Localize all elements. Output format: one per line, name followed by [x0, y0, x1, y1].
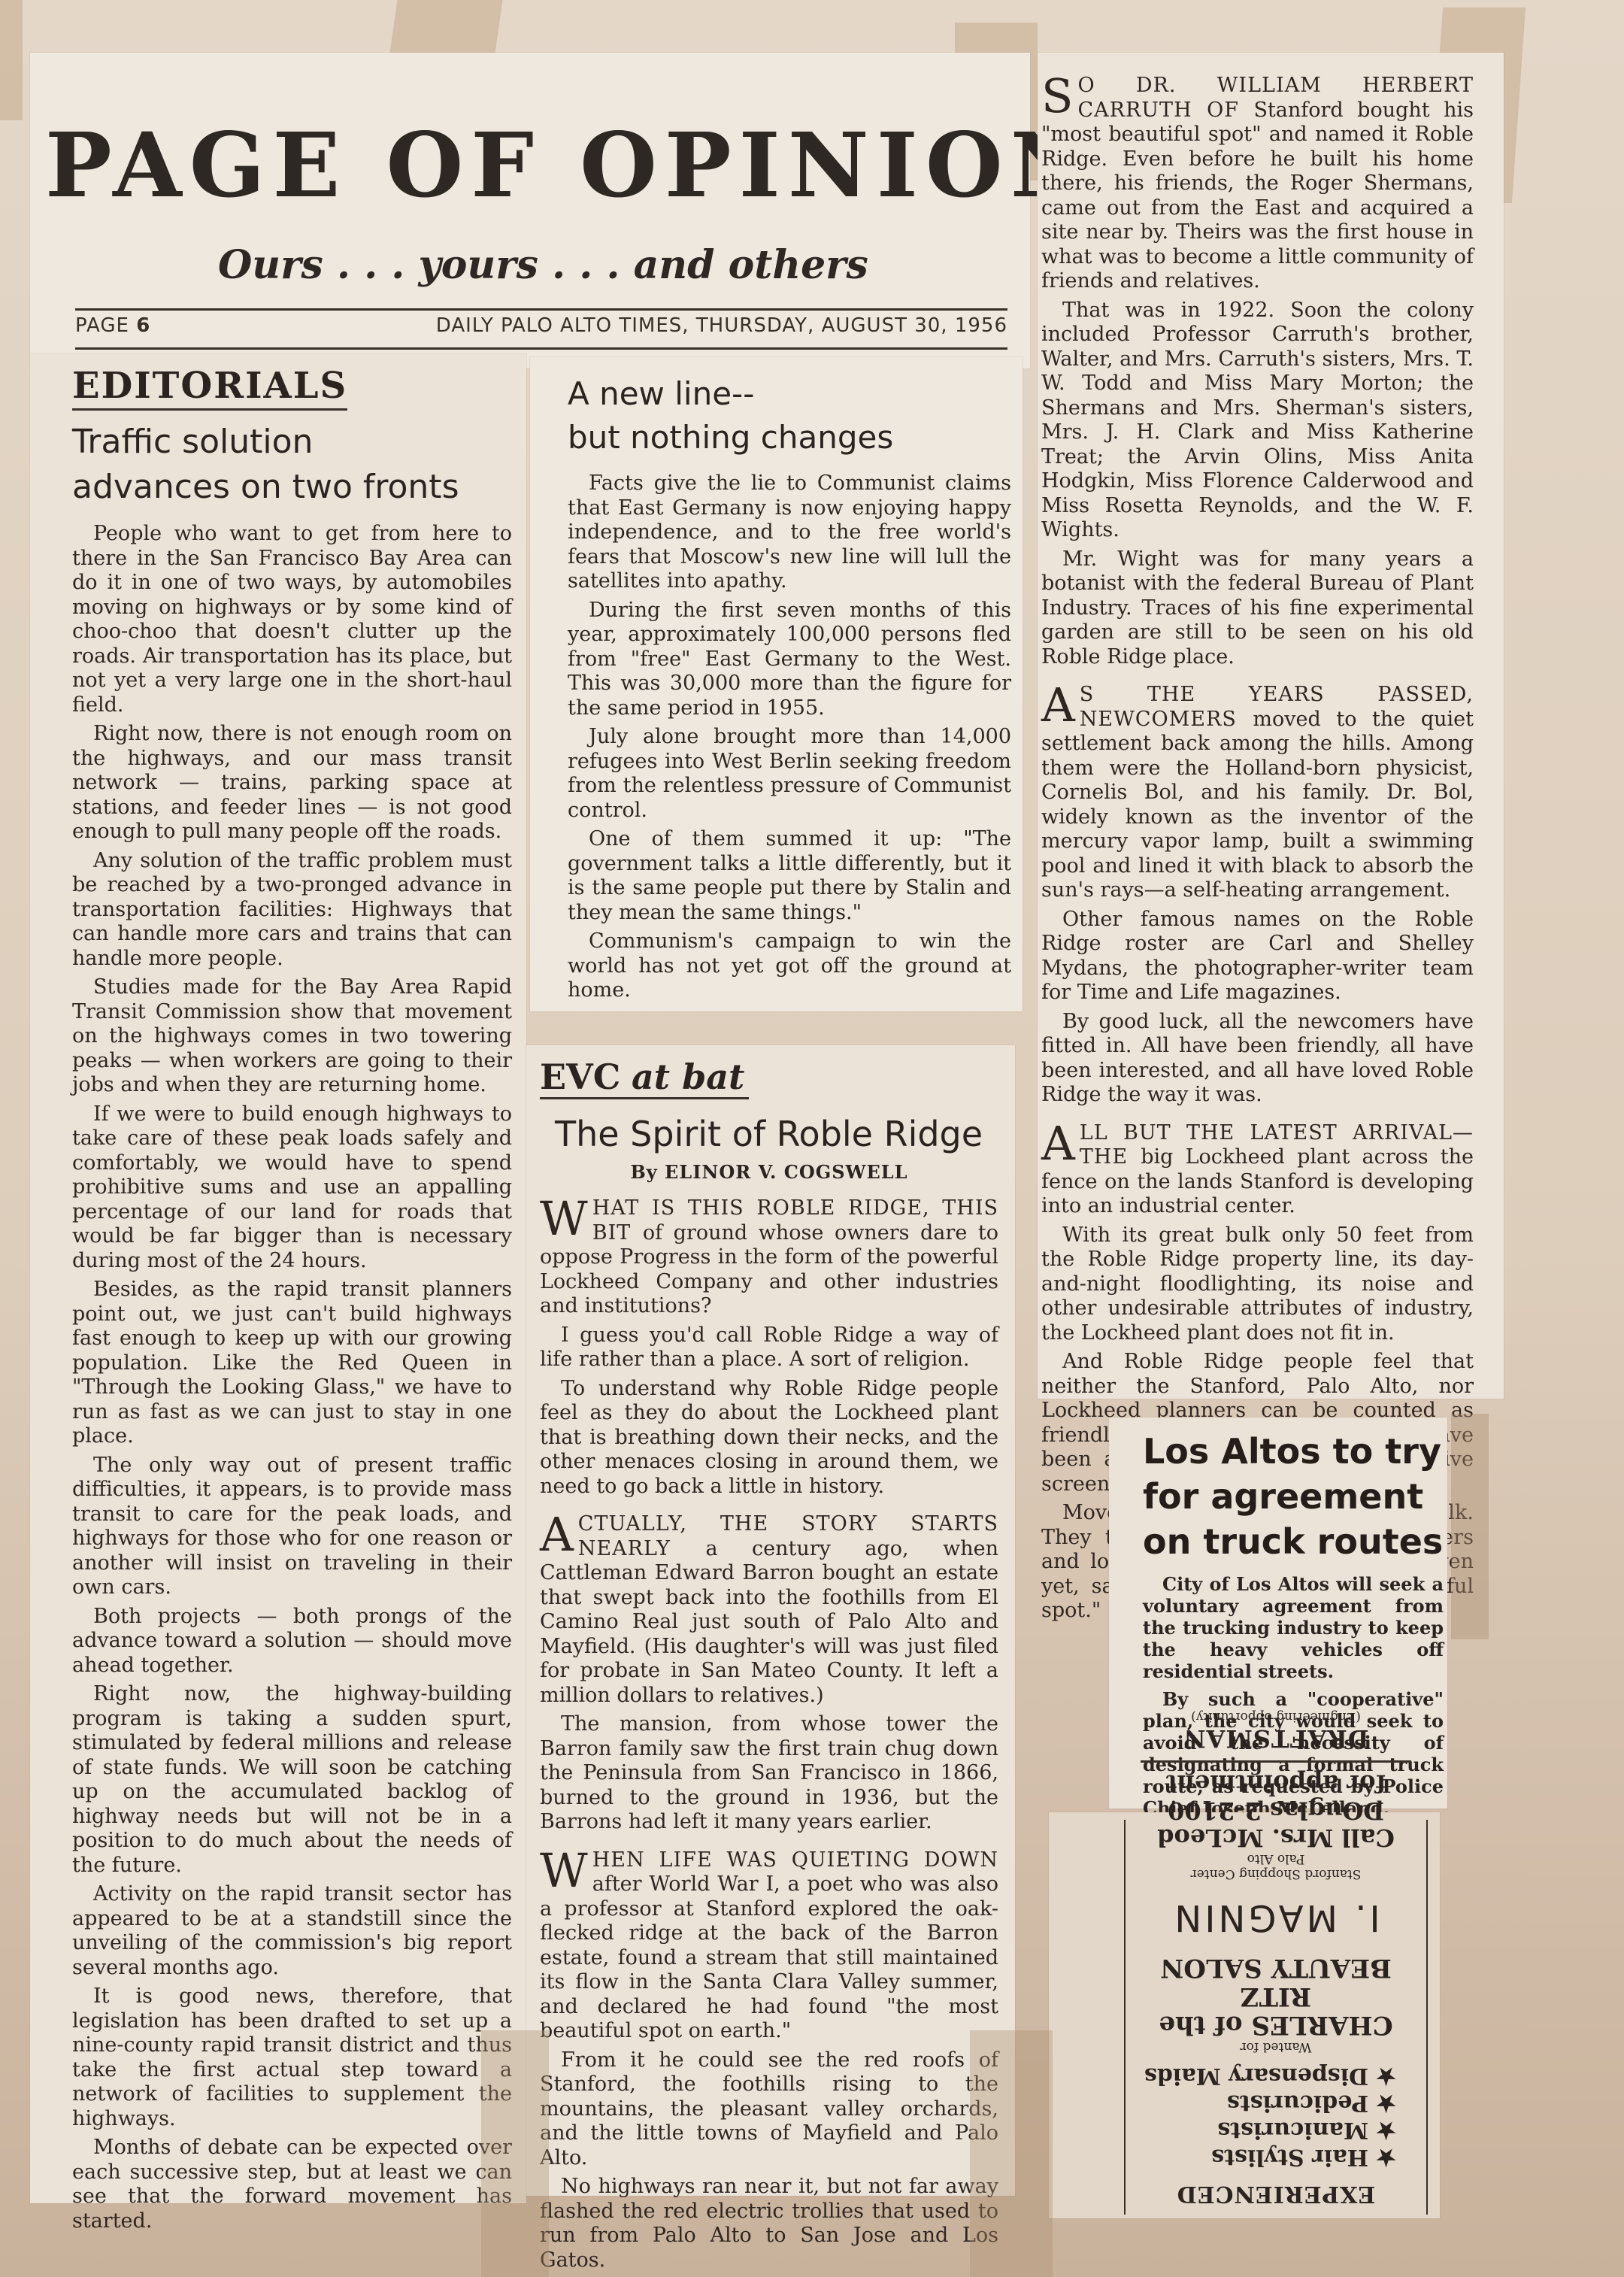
paragraph: Activity on the rapid transit sector has… [72, 1882, 512, 1980]
paragraph: From it he could see the red roofs of St… [540, 2048, 998, 2171]
paragraph: Right now, there is not enough room on t… [72, 722, 512, 844]
paragraph: The mansion, from whose tower the Barron… [540, 1712, 998, 1835]
star-bullet-icon: ★ [1376, 2117, 1396, 2143]
paragraph: Other famous names on the Roble Ridge ro… [1041, 908, 1474, 1005]
paragraph: To understand why Roble Ridge people fee… [540, 1377, 998, 1499]
evc-label: EVC at bat [540, 1057, 749, 1099]
paragraph: Communism's campaign to win the world ha… [568, 929, 1011, 1003]
paragraph: Both projects — both prongs of the advan… [72, 1605, 512, 1678]
ad-position-item: ★Manicurists [1126, 2116, 1396, 2143]
paragraph: If we were to build enough highways to t… [72, 1102, 512, 1274]
drop-cap: S [1041, 75, 1073, 117]
ad-divider [1141, 1760, 1411, 1763]
evc-body-col3: SO DR. WILLIAM HERBERT CARRUTH OF Stanfo… [1041, 74, 1474, 1624]
los-altos-article: Los Altos to try for agreement on truck … [1143, 1429, 1444, 1825]
masthead-rule-top [75, 308, 1007, 311]
ad-location-line1: Stanford Shopping Center [1126, 1866, 1426, 1881]
section-lead-paragraph: SO DR. WILLIAM HERBERT CARRUTH OF Stanfo… [1041, 74, 1474, 294]
paragraph: Mr. Wight was for many years a botanist … [1041, 547, 1474, 670]
ad-position-item: ★Pedicurists [1126, 2089, 1396, 2116]
section-lead-paragraph: WHAT IS THIS ROBLE RIDGE, THIS BIT of gr… [540, 1196, 998, 1319]
paragraph: With its great bulk only 50 feet from th… [1041, 1223, 1474, 1346]
paragraph-text: Stanford bought his "most beautiful spot… [1041, 99, 1474, 293]
page-subtitle: Ours . . . yours . . . and others [218, 242, 868, 288]
byline: By ELINOR V. COGSWELL [540, 1161, 998, 1183]
section-lead-paragraph: ACTUALLY, THE STORY STARTS NEARLY a cent… [540, 1512, 998, 1708]
paragraph: Months of debate can be expected over ea… [72, 2136, 512, 2233]
paragraph: By good luck, all the newcomers have fit… [1041, 1010, 1474, 1108]
drop-cap: A [540, 1514, 574, 1556]
paragraph: Besides, as the rapid transit planners p… [72, 1278, 512, 1449]
traffic-headline: Traffic solution advances on two fronts [72, 420, 512, 510]
drop-cap: A [1041, 1123, 1075, 1165]
tape-strip [1451, 1414, 1489, 1639]
drop-cap: W [540, 1850, 588, 1892]
ad-next-title: DRAFTSMAN [1126, 1724, 1426, 1753]
paragraph: City of Los Altos will seek a voluntary … [1143, 1573, 1444, 1682]
ad-next-sub: (Engineering opportunity) [1126, 1709, 1426, 1724]
paragraph: One of them summed it up: "The governmen… [568, 827, 1011, 925]
evc-body-col2: WHAT IS THIS ROBLE RIDGE, THIS BIT of gr… [540, 1196, 998, 2272]
paragraph-text: moved to the quiet settlement back among… [1041, 708, 1474, 902]
paragraph-text: after World War I, a poet who was also a… [540, 1872, 998, 2042]
classified-ad-upside-down: EXPERIENCED ★Hair Stylists★Manicurists★P… [1124, 1820, 1428, 2215]
page-number: PAGE 6 [75, 314, 150, 337]
ad-wanted-for: Wanted for [1126, 2039, 1426, 2054]
editorial-new-line: A new line-- but nothing changes Facts g… [568, 372, 1011, 1008]
paragraph: Facts give the lie to Communist claims t… [568, 471, 1011, 594]
evc-column: EVC at bat The Spirit of Roble Ridge By … [540, 1057, 998, 2277]
drop-cap: W [540, 1198, 588, 1240]
los-altos-headline: Los Altos to try for agreement on truck … [1143, 1429, 1444, 1564]
star-bullet-icon: ★ [1376, 2063, 1396, 2089]
tape-strip [0, 0, 23, 120]
paragraph-text: a century ago, when Cattleman Edward Bar… [540, 1537, 998, 1707]
paragraph: July alone brought more than 14,000 refu… [568, 725, 1011, 823]
ad-store-name: I. MAGNIN [1126, 1896, 1426, 1939]
paragraph: It is good news, therefore, that legisla… [72, 1984, 512, 2131]
drop-cap: A [1041, 684, 1075, 726]
section-lead-paragraph: ALL BUT THE LATEST ARRIVAL—THE big Lockh… [1041, 1121, 1474, 1219]
ad-salon-line2: BEAUTY SALON [1126, 1954, 1426, 1982]
tape-strip [970, 2030, 1053, 2277]
newline-body: Facts give the lie to Communist claims t… [568, 471, 1011, 1003]
editorial-traffic: EDITORIALS Traffic solution advances on … [72, 365, 512, 2238]
ad-position-item: ★Hair Stylists [1126, 2143, 1396, 2170]
evc-continued: SO DR. WILLIAM HERBERT CARRUTH OF Stanfo… [1041, 60, 1474, 1628]
paragraph: That was in 1922. Soon the colony includ… [1041, 299, 1474, 543]
ad-call-line2: DOuglas 2-2100 [1126, 1797, 1426, 1824]
scrapbook-board: PAGE OF OPINIONS Ours . . . yours . . . … [0, 0, 1624, 2277]
section-lead-paragraph: WHEN LIFE WAS QUIETING DOWN after World … [540, 1848, 998, 2044]
evc-headline: The Spirit of Roble Ridge [555, 1111, 998, 1157]
newline-headline: A new line-- but nothing changes [568, 372, 1011, 459]
star-bullet-icon: ★ [1376, 2144, 1396, 2170]
dateline-bar: PAGE 6 DAILY PALO ALTO TIMES, THURSDAY, … [75, 314, 1007, 337]
section-lead-paragraph: AS THE YEARS PASSED, NEWCOMERS moved to … [1041, 683, 1474, 903]
ad-position-item: ★Dispensary Maids [1126, 2062, 1396, 2089]
lead-in-caps: HEN LIFE WAS QUIETING DOWN [592, 1848, 998, 1872]
masthead-rule-bottom [75, 347, 1007, 350]
tape-strip [481, 2030, 549, 2277]
ad-positions-list: ★Hair Stylists★Manicurists★Pedicurists★D… [1126, 2062, 1396, 2170]
paragraph: People who want to get from here to ther… [72, 522, 512, 717]
page-title: PAGE OF OPINIONS [45, 113, 1000, 217]
paragraph: Any solution of the traffic problem must… [72, 849, 512, 972]
paragraph: Right now, the highway-building program … [72, 1682, 512, 1878]
ad-call-line1: Call Mrs. McLeod [1126, 1824, 1426, 1851]
star-bullet-icon: ★ [1376, 2090, 1396, 2116]
dateline: DAILY PALO ALTO TIMES, THURSDAY, AUGUST … [436, 314, 1007, 337]
paragraph: No highways ran near it, but not far awa… [540, 2175, 998, 2272]
ad-location-line2: Palo Alto [1126, 1851, 1426, 1866]
paragraph: I guess you'd call Roble Ridge a way of … [540, 1323, 998, 1372]
paragraph: Studies made for the Bay Area Rapid Tran… [72, 975, 512, 1098]
paragraph: During the first seven months of this ye… [568, 599, 1011, 721]
ad-salon-line1: CHARLES of the RITZ [1126, 1982, 1426, 2039]
section-label-editorials: EDITORIALS [72, 365, 347, 411]
traffic-body: People who want to get from here to ther… [72, 522, 512, 2233]
ad-heading: EXPERIENCED [1126, 2181, 1426, 2207]
ad-call-line3: for appointment [1126, 1770, 1426, 1797]
paragraph: The only way out of present traffic diff… [72, 1454, 512, 1600]
